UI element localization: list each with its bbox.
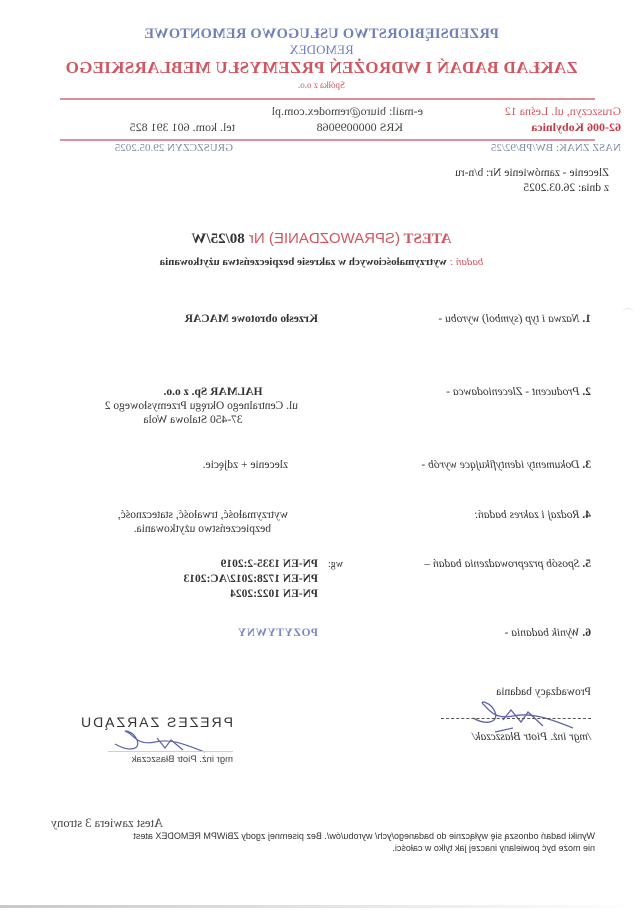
disclaimer-line2: nie może być powielany inaczej jak tylko… bbox=[392, 843, 595, 853]
item-3-label: 3. Dokumenty identyfikujące wyrób - bbox=[421, 459, 591, 471]
item-4-label: 4. Rodzaj i zakres badań: bbox=[474, 509, 591, 521]
item-5-standard-1: PN-EN 1335-2:2019 bbox=[221, 558, 318, 570]
item-5-standard-3: PN-EN 1022:2024 bbox=[230, 588, 318, 600]
item-2-label: 2. Producent - Zleceniodawca - bbox=[446, 386, 591, 398]
tester-name: /mgr inż. Piotr Błaszczak/ bbox=[472, 731, 591, 743]
test-result: POZYTYWNY bbox=[237, 627, 318, 639]
order-date: z dnia: 26.03.2025 bbox=[523, 182, 609, 194]
reference-number: NASZ ZNAK: BW/PB/92/25 bbox=[491, 142, 621, 154]
document-page: PRZEDSIĘBIORSTWO USŁUGOWO REMONTOWE REMO… bbox=[0, 0, 643, 910]
scan-page-edge bbox=[0, 905, 643, 908]
subtitle-text: wytrzymałościowych w zakresie bezpieczeń… bbox=[160, 256, 447, 268]
disclaimer-line1: Wyniki badań odnoszą się wyłącznie do ba… bbox=[133, 831, 595, 841]
title-atest: ATEST bbox=[400, 231, 452, 247]
item-5-standard-2: PN-EN 1728:2012/AC:2013 bbox=[184, 573, 318, 585]
item-2-value-line1: HALMAR Sp. z o.o. bbox=[163, 386, 263, 398]
item-3-value: zlecenie + zdjęcie. bbox=[203, 459, 288, 471]
president-signature-line bbox=[108, 751, 233, 752]
tester-title: Prowadzący badania bbox=[496, 686, 591, 698]
item-5-prefix: wg: bbox=[328, 559, 343, 570]
phone-number: tel. kom. 601 391 825 bbox=[130, 120, 235, 135]
document-subtitle: badań : wytrzymałościowych w zakresie be… bbox=[0, 256, 643, 268]
subtitle-label: badań : bbox=[447, 256, 484, 268]
company-name-line3: ZAKŁAD BADAŃ I WDROŻEŃ PRZEMYSŁU MEBLARS… bbox=[0, 58, 643, 78]
company-name-line2: REMODEX bbox=[0, 42, 643, 58]
company-name-line1: PRZEDSIĘBIORSTWO USŁUGOWO REMONTOWE bbox=[0, 26, 643, 43]
item-6-label: 6. Wynik badania - bbox=[505, 627, 591, 639]
place-date: GRUSZCZYN 29.05.2025 bbox=[115, 142, 233, 154]
item-4-value-line1: wytrzymałość, trwałość, stateczność, bbox=[118, 509, 288, 521]
address-street: Gruszczyn, ul. Leśna 12 bbox=[505, 104, 621, 119]
punch-hole-mark bbox=[621, 308, 635, 323]
header-divider-top bbox=[60, 98, 595, 100]
tester-signature-line bbox=[441, 718, 591, 719]
item-2-value-line3: 37-450 Stalowa Wola bbox=[88, 414, 298, 426]
item-4-value-line2: bezpieczeństwo użytkowania. bbox=[134, 523, 271, 535]
item-2-value-line2: ul. Centralnego Okręgu Przemysłowego 2 bbox=[105, 400, 298, 412]
krs-number: KRS 0000099068 bbox=[317, 120, 403, 135]
title-nr: Nr bbox=[245, 230, 265, 247]
email-text: e-mail: biuro@remodex.com.pl bbox=[272, 104, 423, 119]
president-name: mgr inż. Piotr Błaszczak bbox=[132, 754, 233, 765]
order-number: Zlecenie - zamówienie Nr: b/n-ru bbox=[455, 167, 609, 179]
tester-signature bbox=[453, 698, 583, 734]
title-number: 80/25/W bbox=[191, 231, 244, 247]
item-5-label: 5. Sposób przeprowadzenia badań – bbox=[424, 558, 591, 570]
document-title: ATEST (SPRAWOZDANIE) Nr 80/25/W bbox=[0, 230, 643, 248]
item-1-value: Krzesło obrotowe MACAR bbox=[185, 313, 318, 325]
address-postal: 62-006 Kobylnica bbox=[531, 120, 621, 135]
item-1-label: 1. Nazwa i typ (symbol) wyrobu - bbox=[438, 313, 591, 325]
company-legal-form: Spółka z o.o. bbox=[0, 80, 643, 90]
page-count-note: Atest zawiera 3 strony bbox=[51, 816, 163, 831]
header-divider-bottom bbox=[60, 139, 595, 141]
title-sprawozdanie: (SPRAWOZDANIE) bbox=[265, 230, 400, 247]
